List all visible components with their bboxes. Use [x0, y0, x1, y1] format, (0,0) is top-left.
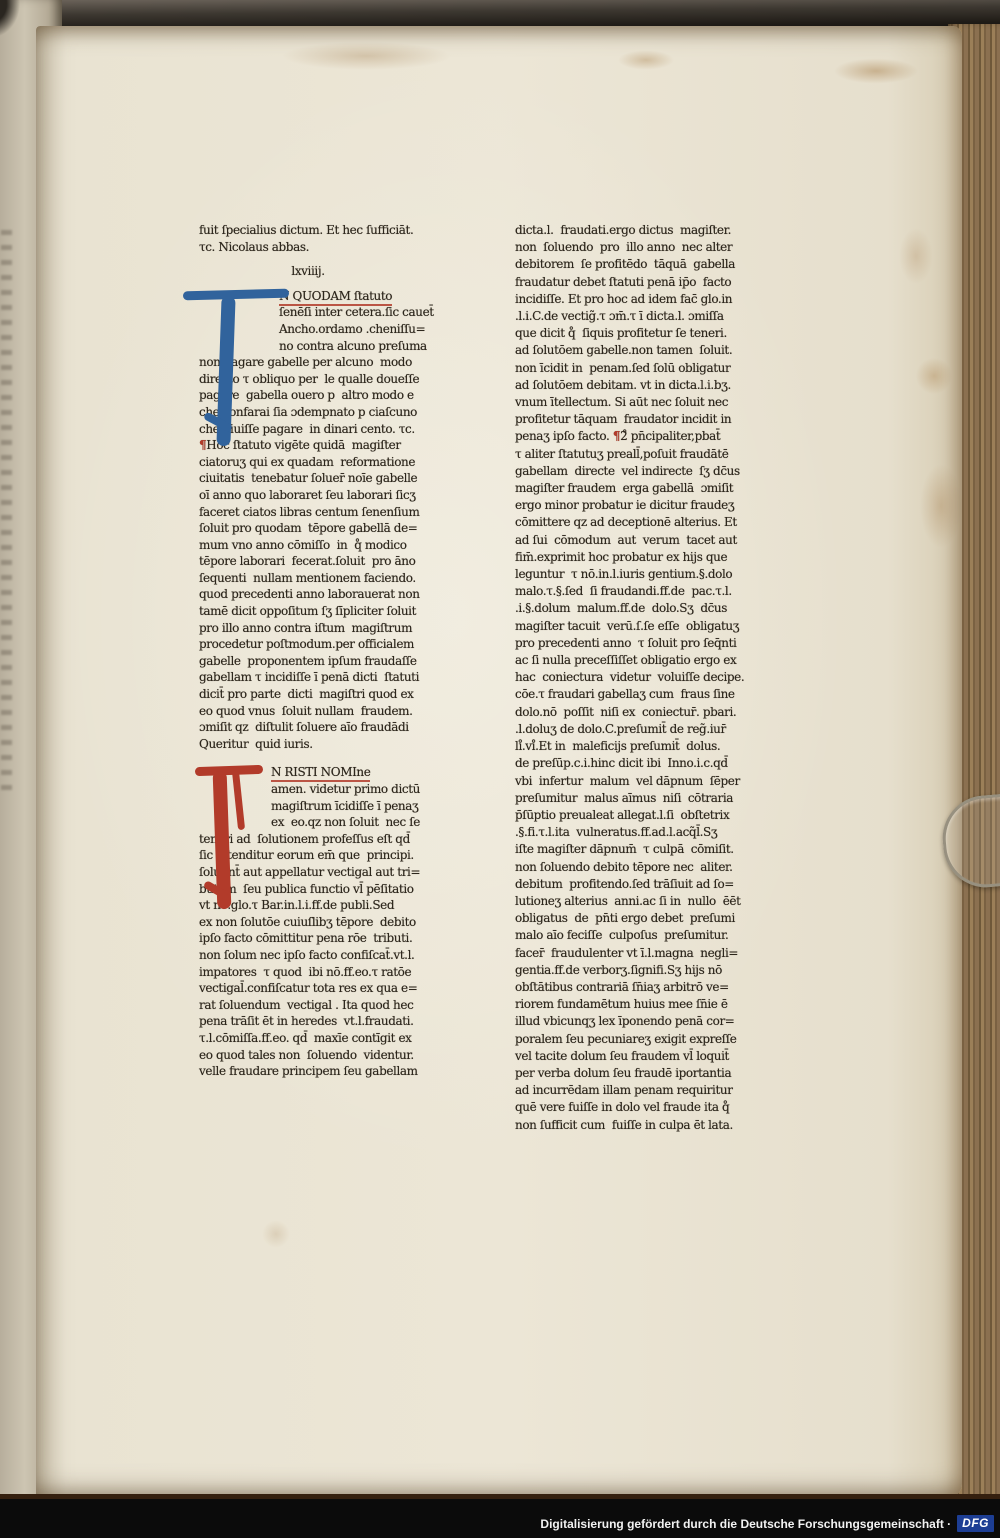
text-line: cōmittere qz ad deceptionē alterius. Et	[515, 514, 747, 531]
body-text: ad incurrēdam illam penam requiritur	[515, 1083, 733, 1097]
body-text: quod precedenti anno laborauerat non	[199, 587, 420, 601]
body-text: pagare gabella ouero p altro modo e	[199, 388, 414, 402]
text-line: Queritur quid iuris.	[199, 736, 417, 753]
text-line: τc. Nicolaus abbas.	[199, 239, 417, 256]
text-line: ſoluunt̄ aut appellatur vectigal aut tri…	[199, 864, 417, 881]
body-text: gentia.ff.de verborʒ.ſignifi.Sʒ hijs nō	[515, 963, 722, 977]
body-text: p̄ſūptio preualeat allegat.l.ſi obſtetri…	[515, 808, 729, 822]
section-2-initial-block: N RISTI NOMIneamen. videtur primo dictūm…	[199, 764, 417, 830]
text-line: non ſoluendo debito tēpore nec aliter.	[515, 859, 747, 876]
body-text: faceret ciatos libras centum ſenenſium	[199, 505, 419, 519]
right-column-lines: dicta.l. fraudati.ergo dictus magiſter.n…	[515, 222, 747, 1134]
text-line: ɔmiſit qz diſtulit ſoluere aīo fraudādi	[199, 719, 417, 736]
body-text: eo quod tales non ſoluendo videntur.	[199, 1048, 414, 1062]
text-line: gentia.ff.de verborʒ.ſignifi.Sʒ hijs nō	[515, 962, 747, 979]
body-text: τc. Nicolaus abbas.	[199, 240, 309, 254]
body-text: vbi infertur malum vel dāpnum ſēper	[515, 774, 740, 788]
text-line: penaʒ ipſo facto. ¶2̊ pn̄cipaliter,pbat̄	[515, 428, 747, 445]
section-1-indented-lines: N QUODAM ſtatutoſenēſi inter cetera.ſic …	[199, 288, 417, 354]
rubric-text: N RISTI NOMIne	[271, 765, 370, 782]
body-text: ac ſi nulla preceſſiſſet obligatio ergo …	[515, 653, 736, 667]
text-line: ſoluit pro quodam tēpore gabellā de=	[199, 520, 417, 537]
scanned-book-photo: fuit ſpecialius dictum. Et hec ſufficiāt…	[0, 0, 1000, 1538]
body-text: leguntur τ nō.in.l.iuris gentium.§.dolo	[515, 567, 732, 581]
text-line: ciatoruʒ qui ex quadam reformatione	[199, 454, 417, 471]
text-line: de preſūp.c.i.hinc dicit ibi Inno.i.c.qd…	[515, 755, 747, 772]
text-line: mum vno anno cōmiſſo in q̊ modico	[199, 537, 417, 554]
text-line: pro illo anno contra iſtum magiſtrum	[199, 620, 417, 637]
body-text: .i.§.dolum malum.ff.de dolo.Sʒ dc̄us	[515, 601, 727, 615]
text-line: ac ſi nulla preceſſiſſet obligatio ergo …	[515, 652, 747, 669]
body-text: non ſoluendo debito tēpore nec aliter.	[515, 860, 733, 874]
text-line: magiſter tacuit verū.ſ.ſe eſſe obligatuʒ	[515, 618, 747, 635]
text-line: ad ſolutōem debitam. vt in dicta.l.i.bʒ.	[515, 377, 747, 394]
body-text: ciuitatis tenebatur ſoluer̄ noīe gabelle	[199, 471, 417, 485]
body-text: Hoc ſtatuto vigēte quidā magiſter	[206, 438, 400, 452]
text-line: vbi infertur malum vel dāpnum ſēper	[515, 773, 747, 790]
text-line: ad ſolutōem gabelle.non tamen ſoluit.	[515, 342, 747, 359]
body-text: que dicit q̊ ſiquis profitetur ſe teneri…	[515, 326, 727, 340]
text-line: que dicit q̊ ſiquis profitetur ſe teneri…	[515, 325, 747, 342]
body-text: .§.fi.τ.l.ita vulneratus.ff.ad.l.acq̃l̄.…	[515, 825, 717, 839]
text-line: τ.l.cōmiſſa.ff.eo. qd̄ maxīe contīgit ex	[199, 1030, 417, 1047]
body-text: velle fraudare principem ſeu gabellam	[199, 1064, 418, 1078]
text-line: per verba dolum ſeu fraudē iportantia	[515, 1065, 747, 1082]
text-line: fim̄.exprimit hoc probatur ex hijs que	[515, 549, 747, 566]
body-text: directo τ obliquo per le qualle doueſſe	[199, 372, 419, 386]
body-text: ſoluunt̄ aut appellatur vectigal aut tri…	[199, 865, 420, 879]
body-text: mum vno anno cōmiſſo in q̊ modico	[199, 538, 407, 552]
body-text: pro precedenti anno τ ſoluit pro ſeq̄nti	[515, 636, 736, 650]
body-text: debitum profitendo.ſed trāſiuit ad ſo=	[515, 877, 734, 891]
body-text: oī anno quo laboraret ſeu laborari ſicʒ	[199, 488, 416, 502]
text-line: oī anno quo laboraret ſeu laborari ſicʒ	[199, 487, 417, 504]
body-text: che diuiſſe pagare in dinari cento. τc.	[199, 422, 415, 436]
text-line: p̄ſūptio preualeat allegat.l.ſi obſtetri…	[515, 807, 747, 824]
body-text: vel tacite dolum ſeu fraudem vl̄ loquit̄	[515, 1049, 729, 1063]
text-line: ad ſui cōmodum aut verum tacet aut	[515, 532, 747, 549]
text-line: lutioneʒ alterius anni.ac ſi in nullo ēē…	[515, 893, 747, 910]
body-text: per verba dolum ſeu fraudē iportantia	[515, 1066, 731, 1080]
text-line: pro precedenti anno τ ſoluit pro ſeq̄nti	[515, 635, 747, 652]
text-line: butum ſeu publica functio vl̄ pēſitatio	[199, 881, 417, 898]
body-text: eo quod vnus ſoluit nullam fraudem.	[199, 704, 413, 718]
body-text: cōmittere qz ad deceptionē alterius. Et	[515, 515, 737, 529]
text-line: obſtātibus contrariā ſn̄iaʒ arbitrō ve=	[515, 979, 747, 996]
text-line: impatores τ quod ibi nō.ff.eo.τ ratōe	[199, 964, 417, 981]
body-text: non pagare gabelle per alcuno modo	[199, 355, 412, 369]
text-line: dicit̄ pro parte dicti magiſtri quod ex	[199, 686, 417, 703]
text-line: ipſo facto cōmittitur pena rōe tributi.	[199, 930, 417, 947]
text-line: quod precedenti anno laborauerat non	[199, 586, 417, 603]
body-text: pro illo anno contra iſtum magiſtrum	[199, 621, 412, 635]
text-line: gabellam directe vel indirecte ſʒ dc̄us	[515, 463, 747, 480]
text-line: ad incurrēdam illam penam requiritur	[515, 1082, 747, 1099]
text-line: vel tacite dolum ſeu fraudem vl̄ loquit̄	[515, 1048, 747, 1065]
body-text: iſte magiſter dāpnum̄ τ culpā cōmiſit.	[515, 842, 734, 856]
digitization-credit: Digitalisierung gefördert durch die Deut…	[540, 1515, 994, 1532]
body-text: incidiſſe. Et pro hoc ad idem fac̄ glo.i…	[515, 292, 732, 306]
text-line: directo τ obliquo per le qualle doueſſe	[199, 371, 417, 388]
text-line: velle fraudare principem ſeu gabellam	[199, 1063, 417, 1080]
body-text: quē vere fuiſſe in dolo vel fraude ita q…	[515, 1100, 729, 1114]
body-text: cōe.τ fraudari gabellaʒ cum fraus ſine	[515, 687, 735, 701]
body-text: τ aliter ſtatutuʒ preall̄,poſuit fraudāt…	[515, 447, 728, 461]
body-text: illud vbicunqʒ lex īponendo penā cor=	[515, 1014, 734, 1028]
body-text: vectigal̄.confiſcatur tota res ex qua e=	[199, 981, 417, 995]
text-line: dolo.nō poſſit niſi ex coniectur̄. pbari…	[515, 704, 747, 721]
body-text: tēpore laborari fecerat.ſoluit pro āno	[199, 554, 415, 568]
body-text: ipſo facto cōmittitur pena rōe tributi.	[199, 931, 412, 945]
text-line: magiſtrum īcidiſſe ī penaʒ	[199, 798, 417, 815]
text-line: preſumitur malus aīmus niſi cōtraria	[515, 790, 747, 807]
body-text: .l.doluʒ de dolo.C.preſumit̄ de reg̃.iur…	[515, 722, 726, 736]
column-intro-lines: fuit ſpecialius dictum. Et hec ſufficiāt…	[199, 222, 417, 255]
body-text: ɔmiſit qz diſtulit ſoluere aīo fraudādi	[199, 720, 409, 734]
text-line: gabelle proponentem ipſum fraudaſſe	[199, 653, 417, 670]
text-line: li̊.vi̊.Et in maleficijs preſumit̄ dolus…	[515, 738, 747, 755]
body-text: facer̄ fraudulenter vt ī.l.magna negli=	[515, 946, 738, 960]
section-1-lines: non pagare gabelle per alcuno mododirect…	[199, 354, 417, 752]
text-line: amen. videtur primo dictū	[199, 781, 417, 798]
text-line: che diuiſſe pagare in dinari cento. τc.	[199, 421, 417, 438]
body-text: no contra alcuno preſuma	[279, 339, 427, 353]
body-text: pena trāſit ēt in heredes vt.l.fraudati.	[199, 1014, 414, 1028]
text-line: iſte magiſter dāpnum̄ τ culpā cōmiſit.	[515, 841, 747, 858]
body-text: magiſter tacuit verū.ſ.ſe eſſe obligatuʒ	[515, 619, 739, 633]
text-line: cōe.τ fraudari gabellaʒ cum fraus ſine	[515, 686, 747, 703]
text-line: eo quod tales non ſoluendo videntur.	[199, 1047, 417, 1064]
text-line: procedetur poſtmodum.per officialem	[199, 636, 417, 653]
body-text: rat ſoluendum vectigal . Ita quod hec	[199, 998, 413, 1012]
text-line: non ſufficit cum fuiſſe in culpa ēt lata…	[515, 1117, 747, 1134]
body-text: ex eo.qz non ſoluit nec ſe	[271, 815, 420, 829]
text-line: gabellam τ incidiſſe ī penā dicti ſtatut…	[199, 669, 417, 686]
text-line: τ aliter ſtatutuʒ preall̄,poſuit fraudāt…	[515, 446, 747, 463]
body-text: poralem ſeu pecuniareʒ exigit expreſſe	[515, 1032, 736, 1046]
text-line: no contra alcuno preſuma	[199, 338, 417, 355]
text-line: rat ſoluendum vectigal . Ita quod hec	[199, 997, 417, 1014]
text-line: tamē dicit oppoſitum ſʒ ſīpliciter ſolui…	[199, 603, 417, 620]
text-line: quē vere fuiſſe in dolo vel fraude ita q…	[515, 1099, 747, 1116]
left-text-column: fuit ſpecialius dictum. Et hec ſufficiāt…	[199, 222, 417, 1080]
body-text: obſtātibus contrariā ſn̄iaʒ arbitrō ve=	[515, 980, 729, 994]
body-text: dicit̄ pro parte dicti magiſtri quod ex	[199, 687, 414, 701]
body-text: obligatus de pn̄ti ergo debet preſumi	[515, 911, 735, 925]
rubric-text: ¶	[613, 429, 620, 443]
text-line: che confarai ſia ɔdempnato p ciaſcuno	[199, 404, 417, 421]
text-line: fuit ſpecialius dictum. Et hec ſufficiāt…	[199, 222, 417, 239]
text-line: non ſolum nec ipſo facto confiſcat̄.vt.l…	[199, 947, 417, 964]
body-text: teneri ad ſolutionem profeſſus eſt qd̄	[199, 832, 410, 846]
text-line: obligatus de pn̄ti ergo debet preſumi	[515, 910, 747, 927]
text-line: riorem fundamētum huius mee ſn̄ie ē	[515, 996, 747, 1013]
body-text: non īcidit in penam.ſed ſolū obligatur	[515, 361, 730, 375]
body-text: malo aīo feciſſe culpoſus preſumitur.	[515, 928, 728, 942]
body-text: gabellam directe vel indirecte ſʒ dc̄us	[515, 464, 740, 478]
text-line: non pagare gabelle per alcuno modo	[199, 354, 417, 371]
text-line: N RISTI NOMIne	[199, 764, 417, 781]
section-2-lines: teneri ad ſolutionem profeſſus eſt qd̄ſi…	[199, 831, 417, 1080]
text-line: dicta.l. fraudati.ergo dictus magiſter.	[515, 222, 747, 239]
body-text: ſequenti nullam mentionem faciendo.	[199, 571, 416, 585]
right-text-column: dicta.l. fraudati.ergo dictus magiſter.n…	[515, 222, 747, 1134]
body-text: dicta.l. fraudati.ergo dictus magiſter.	[515, 223, 731, 237]
body-text: penaʒ ipſo facto.	[515, 429, 613, 443]
body-text: gabelle proponentem ipſum fraudaſſe	[199, 654, 417, 668]
text-line: facer̄ fraudulenter vt ī.l.magna negli=	[515, 945, 747, 962]
body-text: Queritur quid iuris.	[199, 737, 313, 751]
body-text: non ſufficit cum fuiſſe in culpa ēt lata…	[515, 1118, 733, 1132]
body-text: magiſter fraudem erga gabellā ɔmiſit	[515, 481, 733, 495]
text-line: debitum profitendo.ſed trāſiuit ad ſo=	[515, 876, 747, 893]
text-line: vt nō.glo.τ Bar.in.l.i.ff.de publi.Sed	[199, 897, 417, 914]
text-line: eo quod vnus ſoluit nullam fraudem.	[199, 703, 417, 720]
text-line: N QUODAM ſtatuto	[199, 288, 417, 305]
section-2-indented-lines: N RISTI NOMIneamen. videtur primo dictūm…	[199, 764, 417, 830]
body-text: lutioneʒ alterius anni.ac ſi in nullo ēē…	[515, 894, 741, 908]
body-text: ad ſolutōem gabelle.non tamen ſoluit.	[515, 343, 732, 357]
text-line: ciuitatis tenebatur ſoluer̄ noīe gabelle	[199, 470, 417, 487]
text-line: tēpore laborari fecerat.ſoluit pro āno	[199, 553, 417, 570]
body-text: fim̄.exprimit hoc probatur ex hijs que	[515, 550, 727, 564]
body-text: debitorem ſe profitēdo tāquā gabella	[515, 257, 735, 271]
text-line: malo.τ.§.ſed ſi fraudandi.ff.de pac.τ.l.	[515, 583, 747, 600]
text-line: pena trāſit ēt in heredes vt.l.fraudati.	[199, 1013, 417, 1030]
text-line: .l.doluʒ de dolo.C.preſumit̄ de reg̃.iur…	[515, 721, 747, 738]
body-text: τ.l.cōmiſſa.ff.eo. qd̄ maxīe contīgit ex	[199, 1031, 412, 1045]
text-line: ex non ſolutōe cuiuſlibʒ tēpore debito	[199, 914, 417, 931]
manuscript-page: fuit ſpecialius dictum. Et hec ſufficiāt…	[36, 26, 962, 1498]
text-line: poralem ſeu pecuniareʒ exigit expreſſe	[515, 1031, 747, 1048]
text-line: faceret ciatos libras centum ſenenſium	[199, 504, 417, 521]
text-line: ſic oſtenditur eorum em̄ que principi.	[199, 847, 417, 864]
body-text: fuit ſpecialius dictum. Et hec ſufficiāt…	[199, 223, 413, 237]
body-text: .l.i.C.de vectig̃.τ ɔm̄.τ ī dicta.l. ɔmi…	[515, 309, 724, 323]
body-text: Ancho.ordamo .cheniſſu=	[279, 322, 425, 336]
body-text: ad ſolutōem debitam. vt in dicta.l.i.bʒ.	[515, 378, 731, 392]
text-line: magiſter fraudem erga gabellā ɔmiſit	[515, 480, 747, 497]
text-line: Ancho.ordamo .cheniſſu=	[199, 321, 417, 338]
text-line: .l.i.C.de vectig̃.τ ɔm̄.τ ī dicta.l. ɔmi…	[515, 308, 747, 325]
text-line: leguntur τ nō.in.l.iuris gentium.§.dolo	[515, 566, 747, 583]
body-text: 2̊ pn̄cipaliter,pbat̄	[620, 429, 720, 443]
body-text: profitetur tāquam fraudator incidit in	[515, 412, 731, 426]
body-text: butum ſeu publica functio vl̄ pēſitatio	[199, 882, 414, 896]
body-text: preſumitur malus aīmus niſi cōtraria	[515, 791, 733, 805]
body-text: li̊.vi̊.Et in maleficijs preſumit̄ dolus…	[515, 739, 720, 753]
body-text: ciatoruʒ qui ex quadam reformatione	[199, 455, 415, 469]
body-text: ſic oſtenditur eorum em̄ que principi.	[199, 848, 414, 862]
text-line: .§.fi.τ.l.ita vulneratus.ff.ad.l.acq̃l̄.…	[515, 824, 747, 841]
body-text: non ſoluendo pro illo anno nec alter	[515, 240, 732, 254]
body-text: procedetur poſtmodum.per officialem	[199, 637, 414, 651]
text-line: non īcidit in penam.ſed ſolū obligatur	[515, 360, 747, 377]
text-line: ſequenti nullam mentionem faciendo.	[199, 570, 417, 587]
text-line: malo aīo feciſſe culpoſus preſumitur.	[515, 927, 747, 944]
text-line: ex eo.qz non ſoluit nec ſe	[199, 814, 417, 831]
text-line: pagare gabella ouero p altro modo e	[199, 387, 417, 404]
text-line: profitetur tāquam fraudator incidit in	[515, 411, 747, 428]
body-text: ergo minor probatur ie dicitur fraudeʒ	[515, 498, 734, 512]
text-line: ¶Hoc ſtatuto vigēte quidā magiſter	[199, 437, 417, 454]
chapter-heading: lxviiij.	[199, 263, 417, 280]
body-text: dolo.nō poſſit niſi ex coniectur̄. pbari…	[515, 705, 736, 719]
body-text: che confarai ſia ɔdempnato p ciaſcuno	[199, 405, 417, 419]
text-line: ergo minor probatur ie dicitur fraudeʒ	[515, 497, 747, 514]
text-line: ſenēſi inter cetera.ſic cauet̄	[199, 304, 417, 321]
rubric-text: N QUODAM ſtatuto	[279, 289, 392, 306]
body-text: ſenēſi inter cetera.ſic cauet̄	[279, 305, 434, 319]
text-line: vnum ītellectum. Si aūt nec ſoluit nec	[515, 394, 747, 411]
text-line: fraudatur debet ſtatuti penā ip̄o facto	[515, 274, 747, 291]
body-text: ſoluit pro quodam tēpore gabellā de=	[199, 521, 417, 535]
body-text: malo.τ.§.ſed ſi fraudandi.ff.de pac.τ.l.	[515, 584, 732, 598]
body-text: tamē dicit oppoſitum ſʒ ſīpliciter ſolui…	[199, 604, 416, 618]
body-text: riorem fundamētum huius mee ſn̄ie ē	[515, 997, 728, 1011]
credit-text: Digitalisierung gefördert durch die Deut…	[540, 1517, 951, 1531]
body-text: amen. videtur primo dictū	[271, 782, 420, 796]
body-text: gabellam τ incidiſſe ī penā dicti ſtatut…	[199, 670, 419, 684]
body-text: ex non ſolutōe cuiuſlibʒ tēpore debito	[199, 915, 416, 929]
section-1-initial-block: N QUODAM ſtatutoſenēſi inter cetera.ſic …	[199, 288, 417, 354]
body-text: hac coniectura videtur voluiſſe decipe.	[515, 670, 744, 684]
text-line: vectigal̄.confiſcatur tota res ex qua e=	[199, 980, 417, 997]
text-line: .i.§.dolum malum.ff.de dolo.Sʒ dc̄us	[515, 600, 747, 617]
text-line: illud vbicunqʒ lex īponendo penā cor=	[515, 1013, 747, 1030]
body-text: fraudatur debet ſtatuti penā ip̄o facto	[515, 275, 731, 289]
text-line: incidiſſe. Et pro hoc ad idem fac̄ glo.i…	[515, 291, 747, 308]
text-line: debitorem ſe profitēdo tāquā gabella	[515, 256, 747, 273]
text-line: non ſoluendo pro illo anno nec alter	[515, 239, 747, 256]
body-text: vnum ītellectum. Si aūt nec ſoluit nec	[515, 395, 728, 409]
body-text: non ſolum nec ipſo facto confiſcat̄.vt.l…	[199, 948, 414, 962]
text-line: hac coniectura videtur voluiſſe decipe.	[515, 669, 747, 686]
body-text: vt nō.glo.τ Bar.in.l.i.ff.de publi.Sed	[199, 898, 394, 912]
text-line: teneri ad ſolutionem profeſſus eſt qd̄	[199, 831, 417, 848]
body-text: ad ſui cōmodum aut verum tacet aut	[515, 533, 737, 547]
show-through-text-marks	[1, 230, 12, 790]
body-text: magiſtrum īcidiſſe ī penaʒ	[271, 799, 418, 813]
body-text: de preſūp.c.i.hinc dicit ibi Inno.i.c.qd…	[515, 756, 728, 770]
body-text: impatores τ quod ibi nō.ff.eo.τ ratōe	[199, 965, 411, 979]
dfg-logo: DFG	[957, 1515, 994, 1532]
